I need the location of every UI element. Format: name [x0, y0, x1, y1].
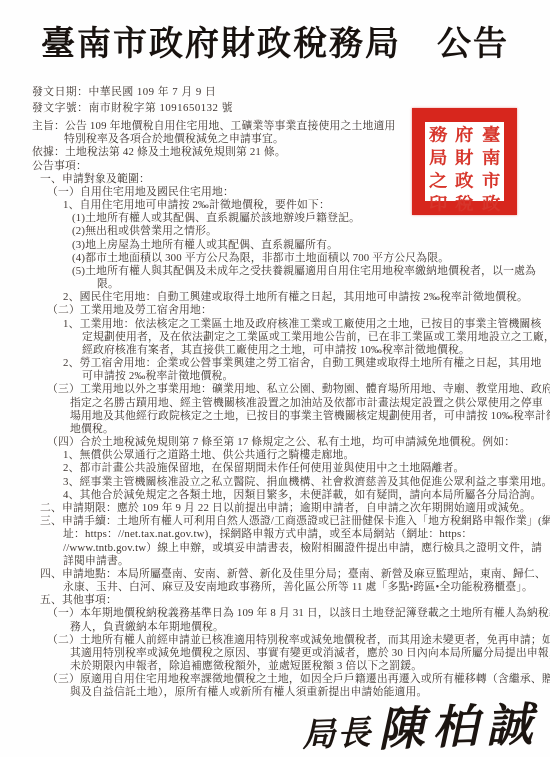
director-title: 局長: [301, 707, 373, 757]
text-line: （二）土地所有權人前經申請並已核准適用特別稅率或減免地價稅者，而其用途未變更者，…: [0, 634, 550, 647]
text-line: 3、經事業主管機關核准設立之私立醫院、捐血機構、社會救濟慈善及其他促進公眾利益之…: [0, 476, 550, 489]
text-line: 限。: [0, 278, 550, 291]
text-line: 未於期限內申報者，除追補應徵稅額外，並處短匿稅額 3 倍以下之罰鍰。: [0, 660, 550, 673]
text-line: 1、無償供公眾通行之道路土地、供公共通行之騎樓走廊地。: [0, 449, 550, 462]
seal-character: 南: [476, 144, 506, 168]
text-line: 2、都市計畫公共設施保留地，在保留期間未作任何使用並與使用中之土地隔離者。: [0, 462, 550, 475]
text-line: 二、申請期限：應於 109 年 9 月 22 日以前提出申請；逾期申請者，自申請…: [0, 502, 550, 515]
text-line: （二）工業用地及勞工宿舍用地：: [0, 304, 550, 317]
seal-character: 臺: [476, 121, 506, 145]
issue-date-line: 發文日期：中華民國 109 年 7 月 9 日: [32, 85, 233, 101]
text-line: 址：https：//net.tax.nat.gov.tw)，採網路申報方式申請，…: [0, 528, 550, 541]
text-line: 2、勞工宿舍用地：企業或公營事業興建之勞工宿舍，自動工興建或取得土地所有權之日起…: [0, 357, 550, 370]
official-seal-stamp: 務府臺局財南之政市印稅政: [412, 108, 517, 215]
text-line: （三）原適用自用住宅用地稅率課徵地價稅之土地，如因全戶戶籍遷出再遷入或所有權移轉…: [0, 673, 550, 686]
text-line: (3)地上房屋為土地所有權人或其配偶、直系親屬所有。: [0, 239, 550, 252]
text-line: （一）本年期地價稅納稅義務基準日為 109 年 8 月 31 日，以該日土地登記…: [0, 607, 550, 620]
text-line: 五、其他事項：: [0, 594, 550, 607]
text-line: 詳閱申請書。: [0, 555, 550, 568]
text-line: 指定之名勝古蹟用地、經主管機關核准設置之加油站及依都市計畫法規定設置之供公眾使用…: [0, 397, 550, 410]
text-line: 永康、玉井、白河、麻豆及安南地政事務所，善化區公所等 11 處「多點•跨區•全功…: [0, 581, 550, 594]
text-line: (2)無出租或供營業用之情形。: [0, 225, 550, 238]
text-line: （三）工業用地以外之事業用地：礦業用地、私立公園、動物園、體育場所用地、寺廟、教…: [0, 383, 550, 396]
text-line: (4)都市土地面積以 300 平方公尺為限，非都市土地面積以 700 平方公尺為…: [0, 252, 550, 265]
announcement-page: 臺南市政府財政稅務局 公告 發文日期：中華民國 109 年 7 月 9 日 發文…: [0, 0, 550, 757]
seal-character: 市: [476, 167, 506, 191]
text-line: 經政府核准有案者，其直接供工廠使用之土地，可申請按 10‰稅率計徵地價稅。: [0, 344, 550, 357]
text-line: 其適用特別稅率或減免地價稅之原因、事實有變更或消滅者，應於 30 日內向本局所屬…: [0, 647, 550, 660]
text-line: 1、工業用地：依法核定之工業區土地及政府核准工業或工廠使用之土地，已按目的事業主…: [0, 318, 550, 331]
text-line: 地價稅。: [0, 423, 550, 436]
page-title: 臺南市政府財政稅務局 公告: [0, 16, 550, 65]
text-line: 4、其他合於減免規定之各類土地，因類目繁多，未便詳載，如有疑問，請向本局所屬各分…: [0, 489, 550, 502]
seal-character: 政: [476, 190, 506, 214]
official-seal-inner: 務府臺局財南之政市印稅政: [425, 122, 504, 201]
issue-number-line: 發文字號：南市財稅字第 1091650132 號: [32, 101, 233, 117]
text-line: （四）合於土地稅減免規則第 7 條至第 17 條規定之公、私有土地，均可申請減免…: [0, 436, 550, 449]
document-meta: 發文日期：中華民國 109 年 7 月 9 日 發文字號：南市財稅字第 1091…: [32, 85, 233, 116]
text-line: 務人，負責繳納本年期地價稅。: [0, 621, 550, 634]
text-line: //www.tntb.gov.tw）線上申辦，或填妥申請書表，檢附相關證件提出申…: [0, 542, 550, 555]
text-line: 四、申請地點：本局所屬臺南、安南、新營、新化及佳里分局；臺南、新營及麻豆監理站，…: [0, 568, 550, 581]
text-line: 場用地及其他經行政院核定之土地，已按目的事業主管機關核定規劃使用者，可申請按 1…: [0, 410, 550, 423]
text-line: (5)土地所有權人與其配偶及未成年之受扶養親屬適用自用住宅用地稅率繳納地價稅者，…: [0, 265, 550, 278]
text-line: 三、申請手續：土地所有權人可利用自然人憑證/工商憑證或已註冊健保卡進入「地方稅網…: [0, 515, 550, 528]
text-line: 可申請按 2‰稅率計徵地價稅。: [0, 370, 550, 383]
director-signature: 局長 陳柏誠: [301, 688, 541, 757]
text-line: 2、國民住宅用地：自動工興建或取得土地所有權之日起，其用地可申請按 2‰稅率計徵…: [0, 291, 550, 304]
director-name: 陳柏誠: [377, 688, 541, 757]
text-line: 定規劃使用者，及在依法劃定之工業區或工業用地公告前，已在非工業區或工業用地設立之…: [0, 331, 550, 344]
